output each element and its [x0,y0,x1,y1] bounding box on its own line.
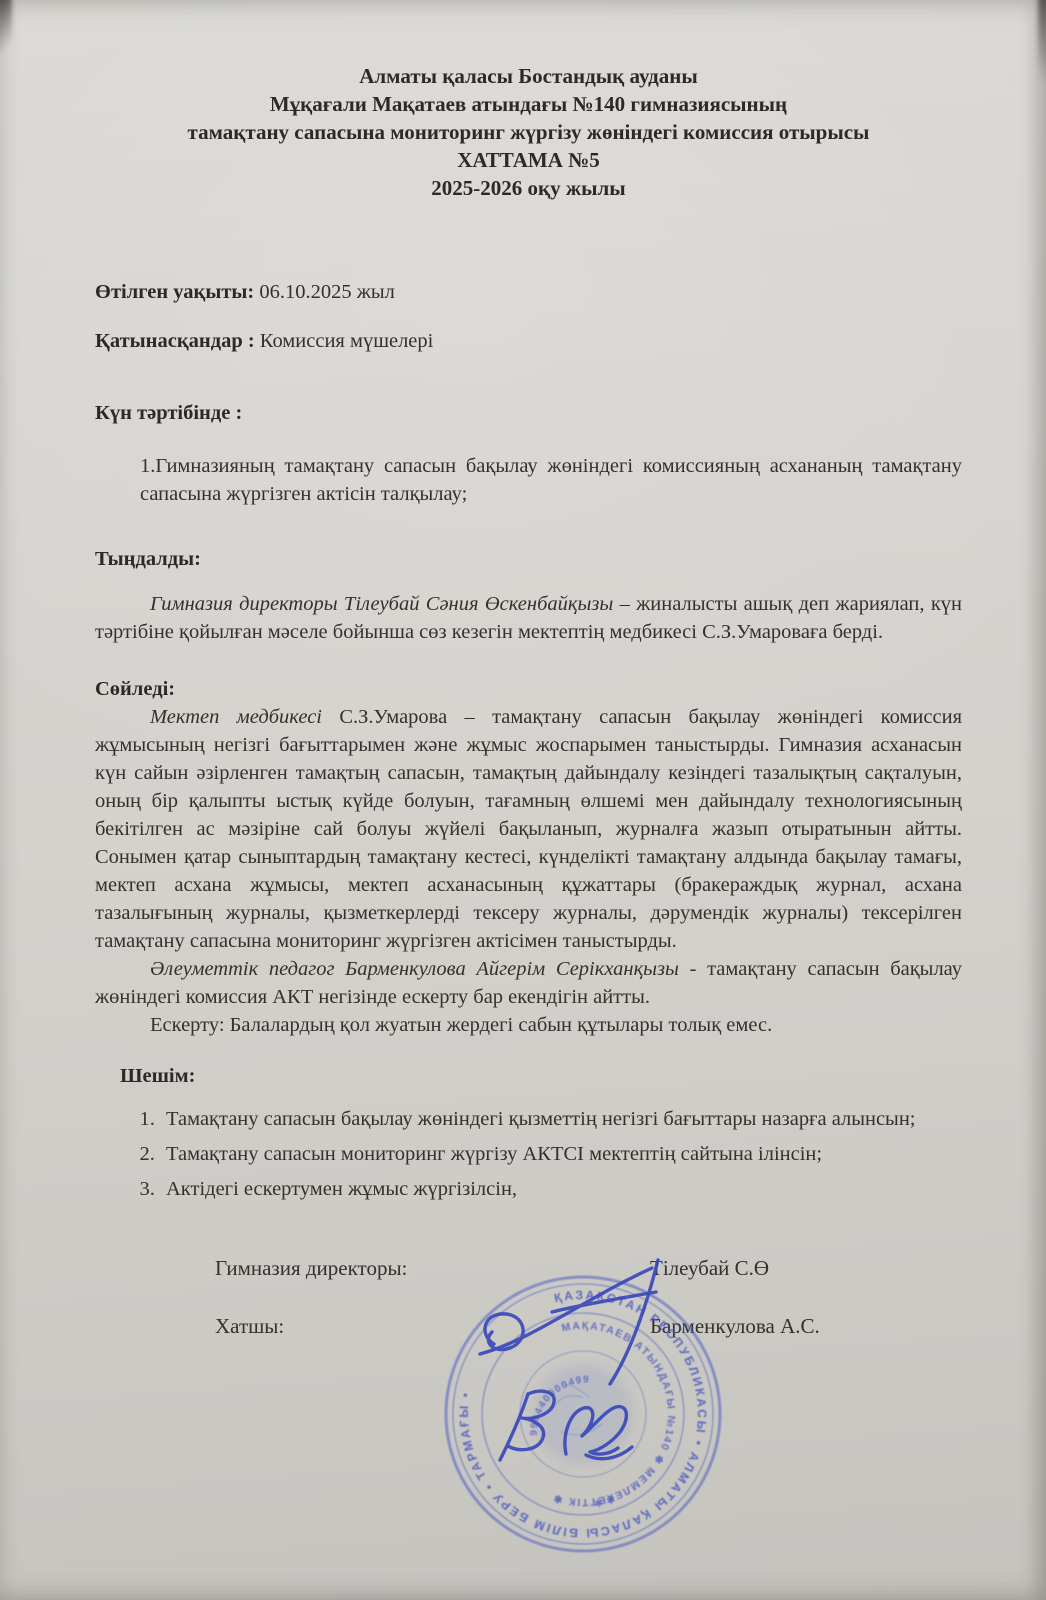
meta-section: Өтілген уақыты: 06.10.2025 жыл Қатынасқа… [95,278,962,355]
document-header: Алматы қаласы Бостандық ауданы Мұқағали … [95,62,962,202]
agenda-heading: Күн тәртібінде : [95,399,962,427]
remark-line: Ескерту: Балалардың қол жуатын жердегі с… [95,1011,962,1039]
participants-value: Комиссия мүшелері [255,330,434,352]
meeting-date-line: Өтілген уақыты: 06.10.2025 жыл [95,278,962,306]
photo-corner-shadow-left [0,0,12,70]
decision-heading: Шешім: [95,1062,962,1090]
stamp-bin-number: 990440000499 [517,1372,601,1438]
spoke-speaker-2: Әлеуметтік педагог Барменкулова Айгерім … [150,958,679,980]
secretary-label: Хатшы: [215,1312,284,1340]
stamp-center-emblem [522,1353,643,1474]
heard-speaker: Гимназия директоры Тілеубай Сәния Өскенб… [150,593,613,615]
scanned-document-page: Алматы қаласы Бостандық ауданы Мұқағали … [0,0,1046,1600]
spoke-text-1: С.З.Умарова – тамақтану сапасын бақылау … [95,706,962,952]
decision-item: Тамақтану сапасын бақылау жөніндегі қызм… [160,1102,962,1137]
svg-text:990440000499: 990440000499 [517,1372,601,1438]
agenda-section: Күн тәртібінде : 1.Гимназияның тамақтану… [95,399,962,508]
director-signature-row: Гимназия директоры: Тілеубай С.Ө [95,1254,962,1282]
secretary-pen-signature [500,1391,632,1460]
secretary-name: Барменкулова А.С. [650,1312,820,1340]
agenda-item-1: 1.Гимназияның тамақтану сапасын бақылау … [95,452,962,508]
heard-section: Тыңдалды: Гимназия директоры Тілеубай Сә… [95,545,962,646]
decision-section: Шешім: Тамақтану сапасын бақылау жөнінде… [95,1062,962,1207]
header-district-line: Алматы қаласы Бостандық ауданы [95,62,962,90]
participants-line: Қатынасқандар : Комиссия мүшелері [95,327,962,355]
spoke-section: Сөйледі: Мектеп медбикесі С.З.Умарова – … [95,675,962,1039]
school-year: 2025-2026 оқу жылы [95,174,962,202]
signature-block: Гимназия директоры: Тілеубай С.Ө Хатшы: … [95,1254,962,1340]
decision-item: Актідегі ескертумен жұмыс жүргізілсін, [160,1172,962,1207]
meeting-date-value: 06.10.2025 жыл [254,281,395,303]
spoke-paragraph-1: Мектеп медбикесі С.З.Умарова – тамақтану… [95,703,962,955]
header-school-line: Мұқағали Мақатаев атындағы №140 гимназия… [95,90,962,118]
stamp-stars: ✱ ✱ [593,1494,617,1511]
decision-item: Тамақтану сапасын мониторинг жүргізу АКТ… [160,1137,962,1172]
director-label: Гимназия директоры: [215,1254,407,1282]
spoke-speaker-1: Мектеп медбикесі [150,706,322,728]
spoke-heading: Сөйледі: [95,675,962,703]
participants-label: Қатынасқандар : [95,330,255,352]
director-name: Тілеубай С.Ө [650,1254,769,1282]
heard-paragraph: Гимназия директоры Тілеубай Сәния Өскенб… [95,590,962,646]
photo-corner-shadow-right [1038,0,1046,114]
secretary-signature-row: Хатшы: Барменкулова А.С. [95,1312,962,1340]
meeting-date-label: Өтілген уақыты: [95,281,254,303]
protocol-number: ХАТТАМА №5 [95,146,962,174]
heard-heading: Тыңдалды: [95,545,962,573]
decision-list: Тамақтану сапасын бақылау жөніндегі қызм… [95,1102,962,1207]
spoke-paragraph-2: Әлеуметтік педагог Барменкулова Айгерім … [95,955,962,1011]
header-commission-line: тамақтану сапасына мониторинг жүргізу жө… [95,118,962,146]
